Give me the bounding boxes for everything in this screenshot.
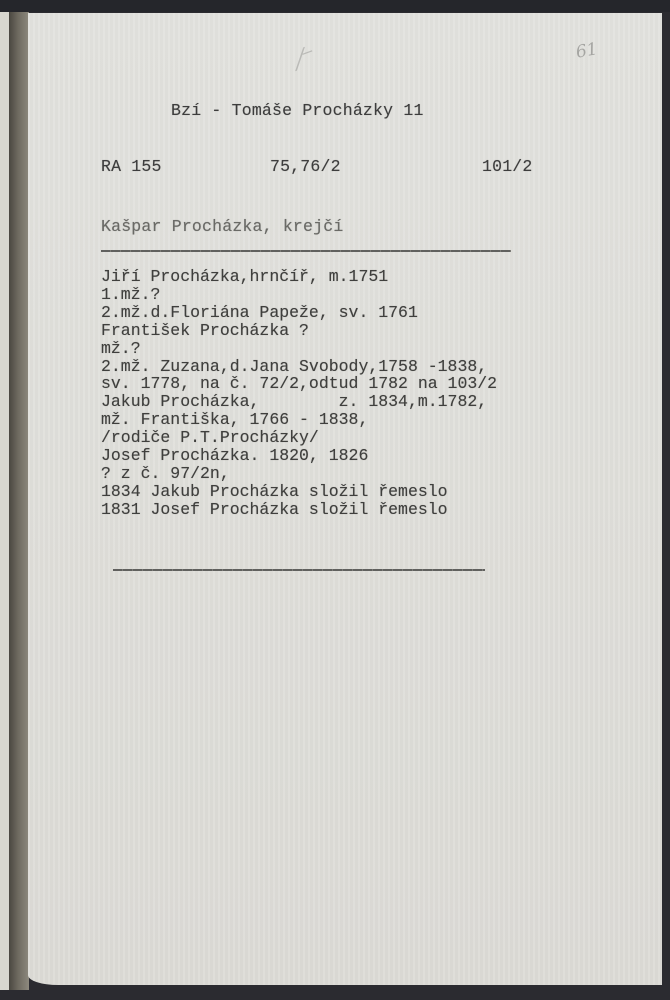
pencil-mark: ⁄⁻ bbox=[293, 41, 320, 75]
owner-line: Kašpar Procházka, krejčí bbox=[101, 217, 343, 236]
entry-line: mž.? bbox=[101, 340, 497, 358]
entry-line: Jakub Procházka, z. 1834,m.1782, bbox=[101, 393, 497, 411]
entry-line: Jiří Procházka,hrnčíř, m.1751 bbox=[101, 268, 497, 286]
divider-top bbox=[101, 250, 511, 252]
entry-line: /rodiče P.T.Procházky/ bbox=[101, 429, 497, 447]
page-number: 61 bbox=[574, 39, 599, 62]
entry-line: mž. Františka, 1766 - 1838, bbox=[101, 411, 497, 429]
entry-line: František Procházka ? bbox=[101, 322, 497, 340]
entry-line: 2.mž.d.Floriána Papeže, sv. 1761 bbox=[101, 304, 497, 322]
house-number: 101/2 bbox=[482, 157, 533, 176]
scanner-background-top bbox=[0, 0, 670, 12]
entry-line: ? z č. 97/2n, bbox=[101, 465, 497, 483]
index-card: ⁄⁻ 61 Bzí - Tomáše Procházky 11 RA 155 7… bbox=[28, 13, 662, 985]
entry-line: 1831 Josef Procházka složil řemeslo bbox=[101, 501, 497, 519]
conscription-numbers: 75,76/2 bbox=[270, 157, 341, 176]
entry-line: Josef Procházka. 1820, 1826 bbox=[101, 447, 497, 465]
ra-number: RA 155 bbox=[101, 157, 162, 176]
entry-line: 1834 Jakub Procházka složil řemeslo bbox=[101, 483, 497, 501]
entry-line: 1.mž.? bbox=[101, 286, 497, 304]
entry-line: 2.mž. Zuzana,d.Jana Svobody,1758 -1838, bbox=[101, 358, 497, 376]
card-heading: Bzí - Tomáše Procházky 11 bbox=[171, 101, 424, 120]
binding-gutter bbox=[9, 12, 29, 990]
entry-line: sv. 1778, na č. 72/2,odtud 1782 na 103/2 bbox=[101, 375, 497, 393]
adjacent-card-edge bbox=[0, 12, 9, 990]
genealogy-entries: Jiří Procházka,hrnčíř, m.1751 1.mž.? 2.m… bbox=[101, 268, 497, 519]
divider-bottom bbox=[113, 569, 485, 571]
